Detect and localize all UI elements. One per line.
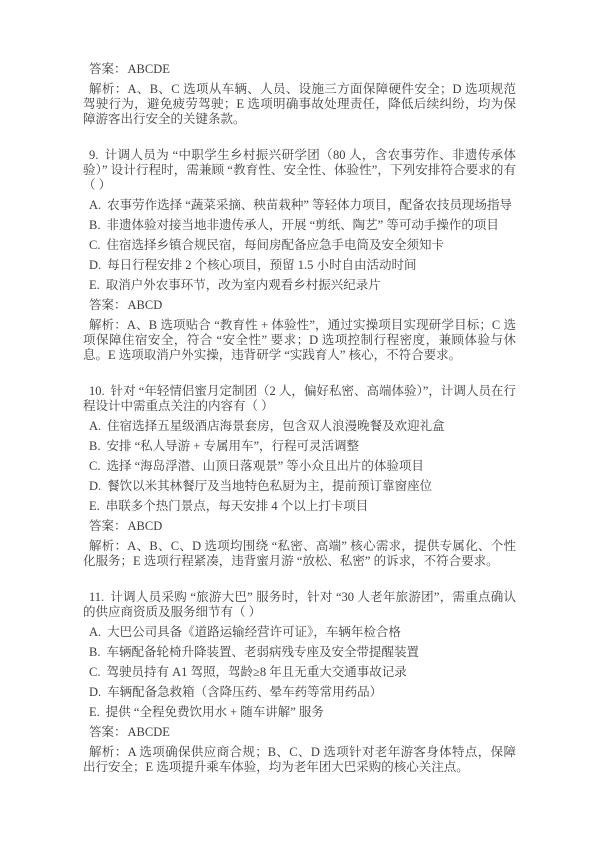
question-stem: 10.针对 “年轻情侣蜜月定制团（2 人，偏好私密、高端体验）”，计调人员在行程… <box>83 384 516 414</box>
option-a: A.农事劳作选择 “蔬菜采摘、秧苗栽种” 等轻体力项目，配备农技员现场指导 <box>83 198 516 213</box>
analysis-text: 解析：A、B、C 选项从车辆、人员、设施三方面保障硬件安全；D 选项规范驾驶行为… <box>83 82 516 127</box>
option-text: 车辆配备轮椅升降装置、老弱病残专座及安全带提醒装置 <box>106 645 419 659</box>
option-b: B.车辆配备轮椅升降装置、老弱病残专座及安全带提醒装置 <box>83 645 516 660</box>
option-label: C. <box>89 665 100 679</box>
option-d: D.车辆配备急救箱（含降压药、晕车药等常用药品） <box>83 685 516 700</box>
analysis-text: 解析：A、B 选项贴合 “教育性 + 体验性”，通过实操项目实现研学目标；C 选… <box>83 318 516 363</box>
previous-question-tail: 答案：ABCDE 解析：A、B、C 选项从车辆、人员、设施三方面保障硬件安全；D… <box>83 62 516 127</box>
option-label: A. <box>89 198 101 212</box>
option-d: D.餐饮以米其林餐厅及当地特色私厨为主，提前预订靠窗座位 <box>83 479 516 494</box>
option-b: B.安排 “私人导游 + 专属用车”，行程可灵活调整 <box>83 439 516 454</box>
option-a: A.大巴公司具备《道路运输经营许可证》，车辆年检合格 <box>83 625 516 640</box>
option-c: C.住宿选择乡镇合规民宿，每间房配备应急手电筒及安全须知卡 <box>83 238 516 253</box>
answer-value: ABCDE <box>128 62 170 76</box>
option-label: C. <box>89 459 100 473</box>
question-11: 11.计调人员采购 “旅游大巴” 服务时，针对 “30 人老年旅游团”，需重点确… <box>83 590 516 775</box>
option-label: D. <box>89 479 101 493</box>
option-label: B. <box>89 218 100 232</box>
question-stem-text: 针对 “年轻情侣蜜月定制团（2 人，偏好私密、高端体验）”，计调人员在行程设计中… <box>83 384 516 413</box>
answer-label: 答案： <box>89 62 127 76</box>
option-label: A. <box>89 419 101 433</box>
option-e: E.串联多个热门景点，每天安排 4 个以上打卡项目 <box>83 499 516 514</box>
option-text: 选择 “海岛浮潜、山顶日落观景” 等小众且出片的体验项目 <box>106 459 423 473</box>
option-label: B. <box>89 439 100 453</box>
answer-line: 答案：ABCDE <box>83 725 516 740</box>
option-text: 大巴公司具备《道路运输经营许可证》，车辆年检合格 <box>107 625 401 639</box>
option-e: E.提供 “全程免费饮用水 + 随车讲解” 服务 <box>83 705 516 720</box>
option-label: A. <box>89 625 101 639</box>
question-number: 10. <box>89 384 105 398</box>
answer-label: 答案： <box>89 519 127 533</box>
option-c: C.选择 “海岛浮潜、山顶日落观景” 等小众且出片的体验项目 <box>83 459 516 474</box>
question-stem-text: 计调人员为 “中职学生乡村振兴研学团（80 人，含农事劳作、非遗传承体验）” 设… <box>83 148 516 192</box>
analysis-text: 解析：A 选项确保供应商合规；B、C、D 选项针对老年游客身体特点，保障出行安全… <box>83 745 516 775</box>
answer-value: ABCD <box>128 298 163 312</box>
answer-line: 答案：ABCD <box>83 298 516 313</box>
option-text: 每日行程安排 2 个核心项目，预留 1.5 小时自由活动时间 <box>107 258 416 272</box>
answer-value: ABCD <box>128 519 163 533</box>
option-label: D. <box>89 258 101 272</box>
option-text: 非遗体验对接当地非遗传承人，开展 “剪纸、陶艺” 等可动手操作的项目 <box>106 218 498 232</box>
answer-label: 答案： <box>89 725 127 739</box>
question-9: 9.计调人员为 “中职学生乡村振兴研学团（80 人，含农事劳作、非遗传承体验）”… <box>83 148 516 363</box>
option-b: B.非遗体验对接当地非遗传承人，开展 “剪纸、陶艺” 等可动手操作的项目 <box>83 218 516 233</box>
option-a: A.住宿选择五星级酒店海景套房，包含双人浪漫晚餐及欢迎礼盒 <box>83 419 516 434</box>
option-label: E. <box>89 278 100 292</box>
answer-line: 答案：ABCDE <box>83 62 516 77</box>
question-number: 9. <box>89 148 98 162</box>
option-text: 安排 “私人导游 + 专属用车”，行程可灵活调整 <box>106 439 359 453</box>
analysis-text: 解析：A、B、C、D 选项均围绕 “私密、高端” 核心需求，提供专属化、个性化服… <box>83 539 516 569</box>
option-text: 取消户外农事环节，改为室内观看乡村振兴纪录片 <box>106 278 381 292</box>
question-stem: 9.计调人员为 “中职学生乡村振兴研学团（80 人，含农事劳作、非遗传承体验）”… <box>83 148 516 193</box>
answer-label: 答案： <box>89 298 127 312</box>
document-content: 答案：ABCDE 解析：A、B、C 选项从车辆、人员、设施三方面保障硬件安全；D… <box>83 62 516 780</box>
option-label: E. <box>89 705 100 719</box>
answer-value: ABCDE <box>128 725 170 739</box>
option-text: 餐饮以米其林餐厅及当地特色私厨为主，提前预订靠窗座位 <box>107 479 432 493</box>
option-text: 住宿选择乡镇合规民宿，每间房配备应急手电筒及安全须知卡 <box>106 238 444 252</box>
option-c: C.驾驶员持有 A1 驾照，驾龄≥8 年且无重大交通事故记录 <box>83 665 516 680</box>
option-label: B. <box>89 645 100 659</box>
option-text: 串联多个热门景点，每天安排 4 个以上打卡项目 <box>106 499 369 513</box>
question-10: 10.针对 “年轻情侣蜜月定制团（2 人，偏好私密、高端体验）”，计调人员在行程… <box>83 384 516 569</box>
option-text: 农事劳作选择 “蔬菜采摘、秧苗栽种” 等轻体力项目，配备农技员现场指导 <box>107 198 512 212</box>
option-text: 车辆配备急救箱（含降压药、晕车药等常用药品） <box>107 685 382 699</box>
question-stem-text: 计调人员采购 “旅游大巴” 服务时，针对 “30 人老年旅游团”，需重点确认的供… <box>83 590 516 619</box>
document-page: 答案：ABCDE 解析：A、B、C 选项从车辆、人员、设施三方面保障硬件安全；D… <box>0 0 600 849</box>
question-stem: 11.计调人员采购 “旅游大巴” 服务时，针对 “30 人老年旅游团”，需重点确… <box>83 590 516 620</box>
option-text: 提供 “全程免费饮用水 + 随车讲解” 服务 <box>106 705 324 719</box>
option-text: 驾驶员持有 A1 驾照，驾龄≥8 年且无重大交通事故记录 <box>106 665 406 679</box>
answer-line: 答案：ABCD <box>83 519 516 534</box>
option-label: C. <box>89 238 100 252</box>
question-number: 11. <box>89 590 104 604</box>
option-label: D. <box>89 685 101 699</box>
option-label: E. <box>89 499 100 513</box>
option-d: D.每日行程安排 2 个核心项目，预留 1.5 小时自由活动时间 <box>83 258 516 273</box>
option-text: 住宿选择五星级酒店海景套房，包含双人浪漫晚餐及欢迎礼盒 <box>107 419 445 433</box>
option-e: E.取消户外农事环节，改为室内观看乡村振兴纪录片 <box>83 278 516 293</box>
